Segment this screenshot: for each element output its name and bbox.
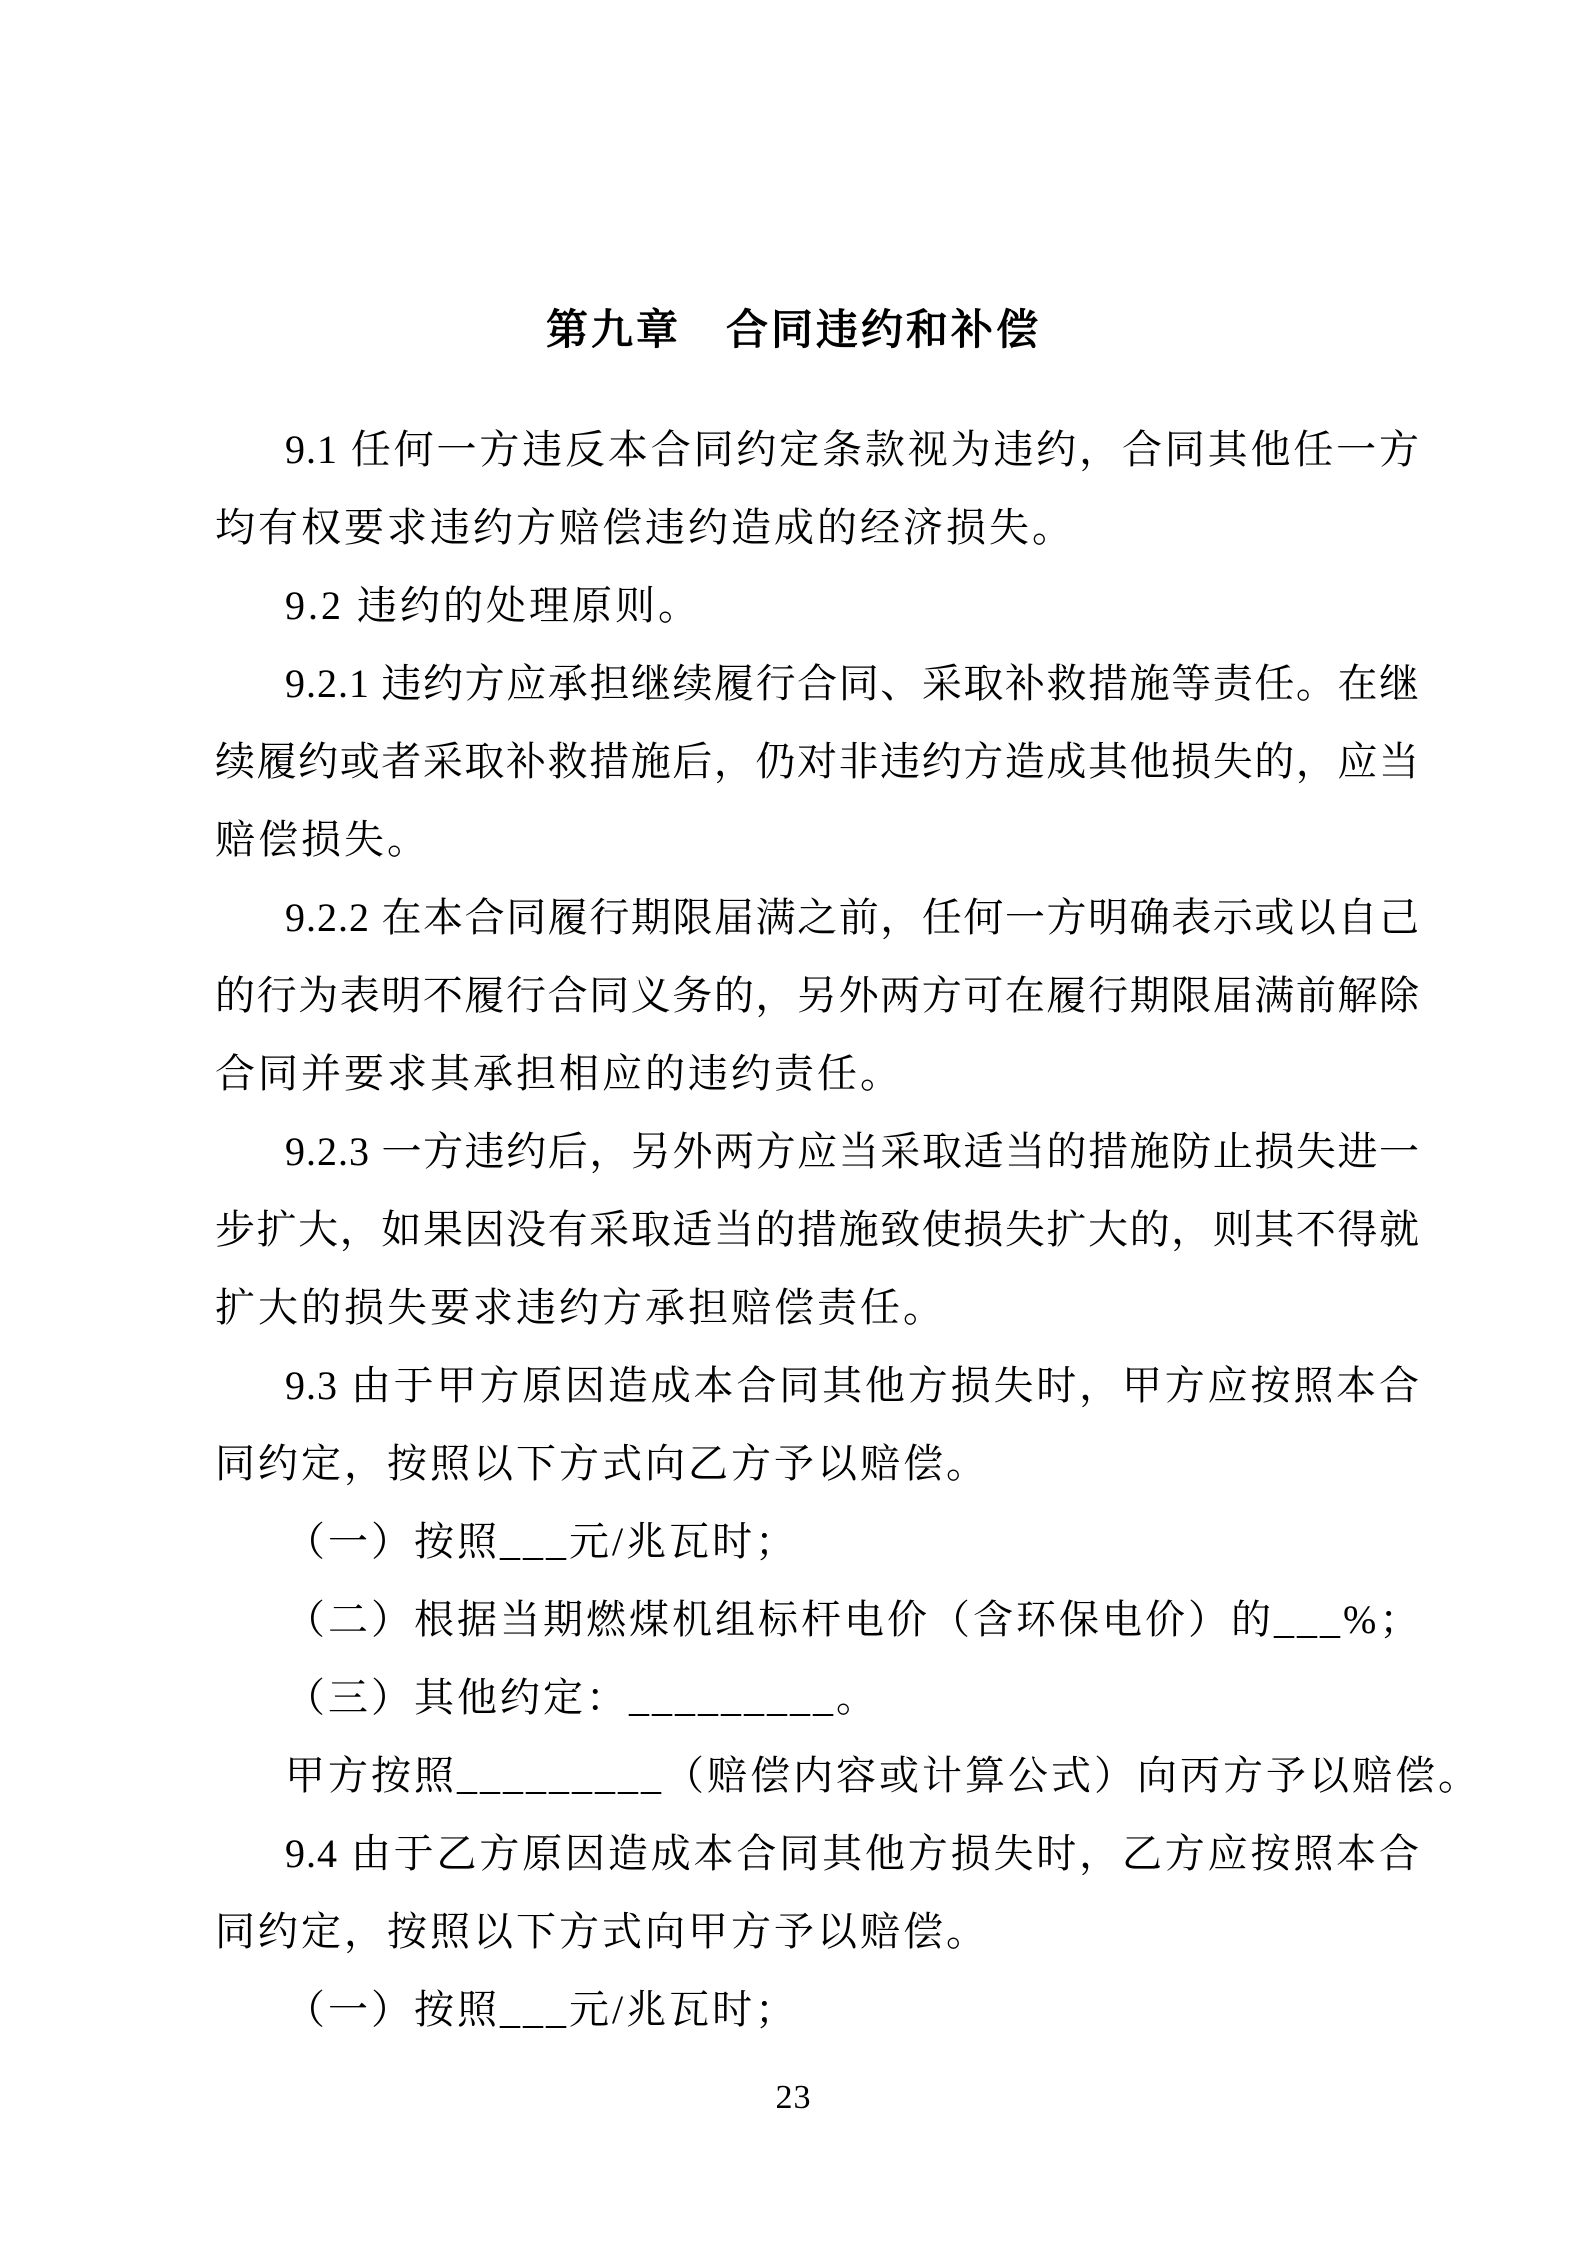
clause-9.2.1-line-2: 续履约或者采取补救措施后，仍对非违约方造成其他损失的，应当 — [215, 723, 1420, 801]
clause-9.3-line-1: 9.3 由于甲方原因造成本合同其他方损失时，甲方应按照本合 — [215, 1347, 1420, 1425]
page-number: 23 — [0, 2078, 1587, 2118]
clause-9.1-line-2: 均有权要求违约方赔偿违约造成的经济损失。 — [215, 489, 1420, 567]
page-body: 9.1 任何一方违反本合同约定条款视为违约，合同其他任一方 均有权要求违约方赔偿… — [215, 411, 1420, 2049]
clause-9.2.2-line-3: 合同并要求其承担相应的违约责任。 — [215, 1035, 1420, 1113]
clause-9.3-line-2: 同约定，按照以下方式向乙方予以赔偿。 — [215, 1425, 1420, 1503]
clause-9.4-list-item-1: （一）按照___元/兆瓦时； — [215, 1971, 1420, 2049]
contract-page: 第九章 合同违约和补偿 9.1 任何一方违反本合同约定条款视为违约，合同其他任一… — [0, 0, 1587, 2245]
clause-9.3-list-item-3: （三）其他约定：_________。 — [215, 1659, 1420, 1737]
clause-9.2.1-line-3: 赔偿损失。 — [215, 801, 1420, 879]
clause-9.1-line-1: 9.1 任何一方违反本合同约定条款视为违约，合同其他任一方 — [215, 411, 1420, 489]
clause-9.3-list-item-2: （二）根据当期燃煤机组标杆电价（含环保电价）的___%； — [215, 1581, 1420, 1659]
clause-9.2.1-line-1: 9.2.1 违约方应承担继续履行合同、采取补救措施等责任。在继 — [215, 645, 1420, 723]
chapter-title: 第九章 合同违约和补偿 — [0, 306, 1587, 356]
clause-9.3-party-a-compensation: 甲方按照_________（赔偿内容或计算公式）向丙方予以赔偿。 — [215, 1737, 1420, 1815]
clause-9.4-line-2: 同约定，按照以下方式向甲方予以赔偿。 — [215, 1893, 1420, 1971]
clause-9.2.3-line-1: 9.2.3 一方违约后，另外两方应当采取适当的措施防止损失进一 — [215, 1113, 1420, 1191]
clause-9.4-line-1: 9.4 由于乙方原因造成本合同其他方损失时，乙方应按照本合 — [215, 1815, 1420, 1893]
clause-9.2.2-line-1: 9.2.2 在本合同履行期限届满之前，任何一方明确表示或以自己 — [215, 879, 1420, 957]
clause-9.2.3-line-2: 步扩大，如果因没有采取适当的措施致使损失扩大的，则其不得就 — [215, 1191, 1420, 1269]
clause-9.2-line-1: 9.2 违约的处理原则。 — [215, 567, 1420, 645]
clause-9.3-list-item-1: （一）按照___元/兆瓦时； — [215, 1503, 1420, 1581]
clause-9.2.3-line-3: 扩大的损失要求违约方承担赔偿责任。 — [215, 1269, 1420, 1347]
clause-9.2.2-line-2: 的行为表明不履行合同义务的，另外两方可在履行期限届满前解除 — [215, 957, 1420, 1035]
